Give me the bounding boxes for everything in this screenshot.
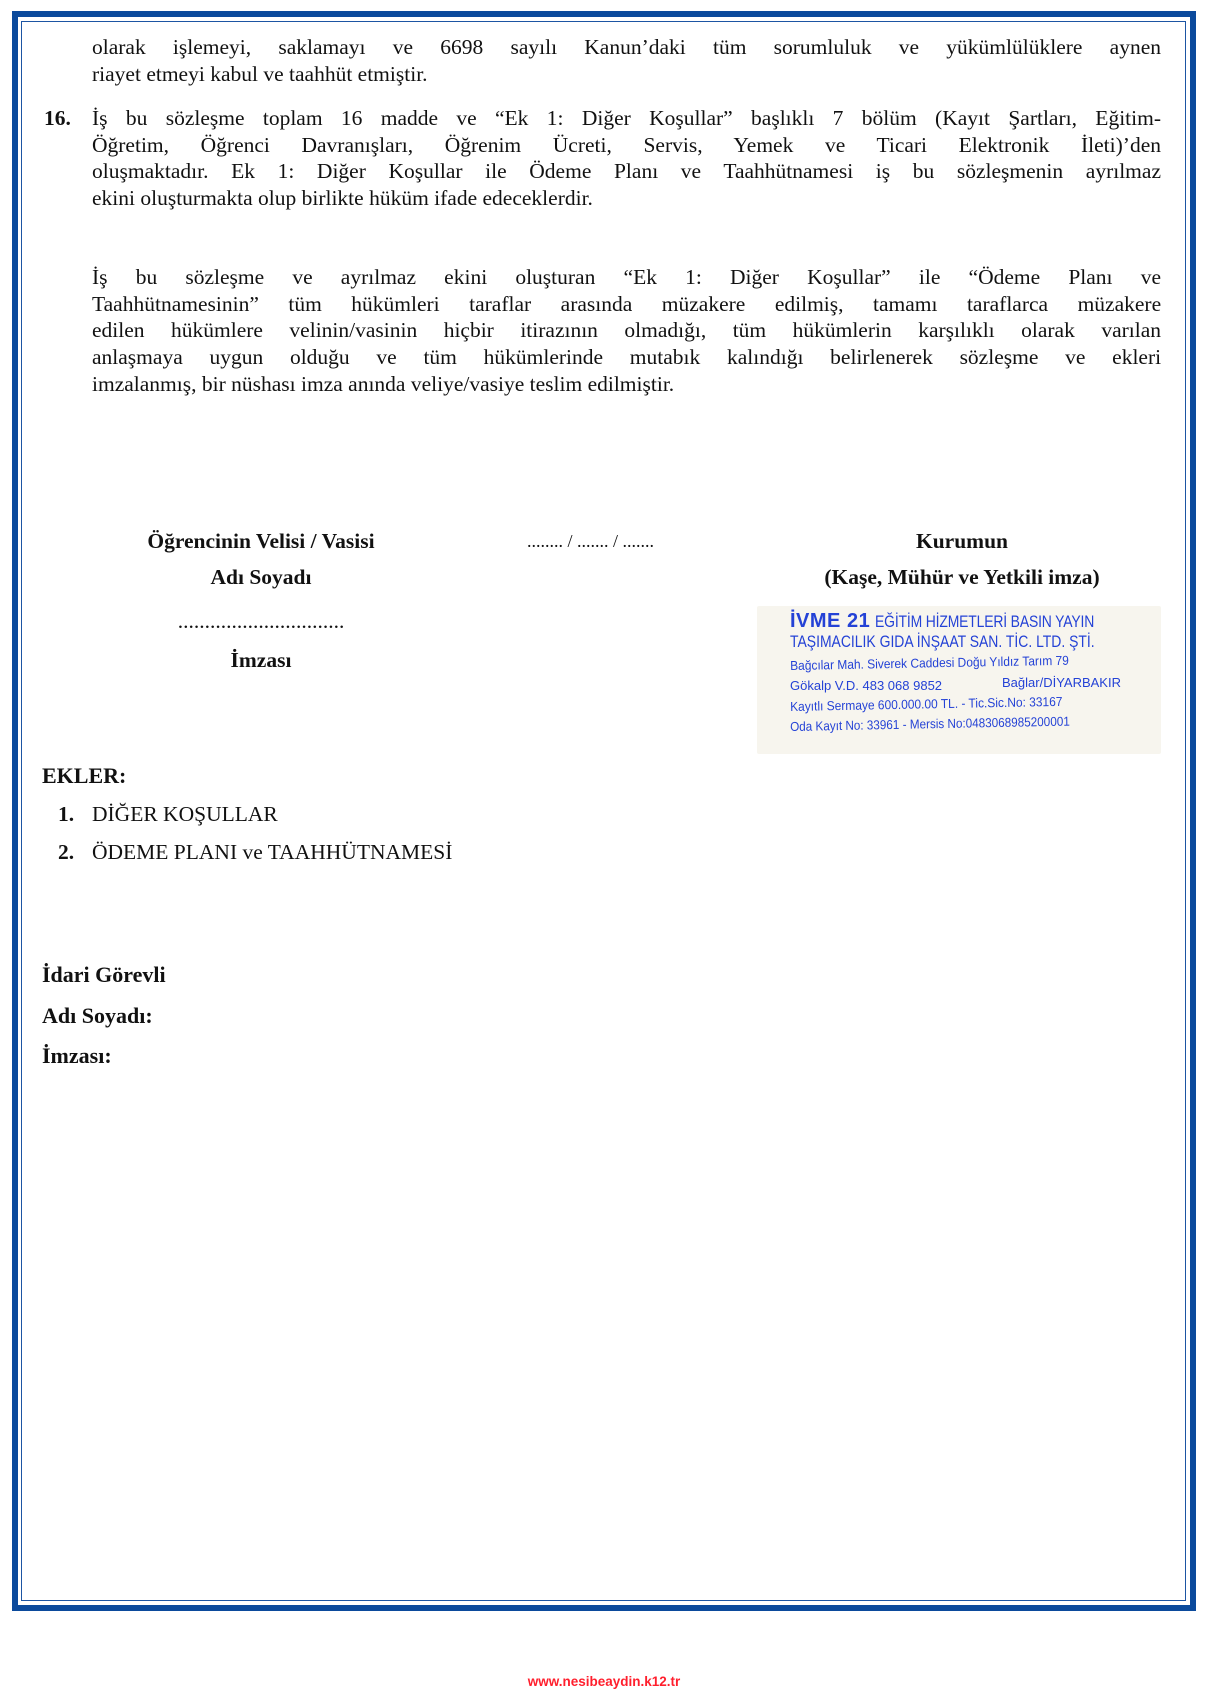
stamp-line-3: Bağcılar Mah. Siverek Caddesi Doğu Yıldı… bbox=[790, 653, 1069, 673]
stamp-line-6: Oda Kayıt No: 33961 - Mersis No:04830689… bbox=[790, 714, 1070, 734]
stamp-brand: İVME 21 bbox=[790, 610, 870, 632]
paragraph-line: olarak işlemeyi, saklamayı ve 6698 sayıl… bbox=[92, 34, 1161, 61]
admin-title: İdari Görevli bbox=[42, 962, 166, 989]
paragraph-line: riayet etmeyi kabul ve taahhüt etmiştir. bbox=[92, 61, 1161, 88]
paragraph-line: edilen hükümlere velinin/vasinin hiçbir … bbox=[92, 317, 1161, 344]
paragraph-line: Öğretim, Öğrenci Davranışları, Öğrenim Ü… bbox=[92, 132, 1161, 159]
admin-signature-label: İmzası: bbox=[42, 1043, 112, 1070]
closing-paragraph: İş bu sözleşme ve ayrılmaz ekini oluştur… bbox=[92, 264, 1161, 397]
stamp-line-1-text: EĞİTİM HİZMETLERİ BASIN YAYIN bbox=[875, 612, 1094, 632]
attachments-heading: EKLER: bbox=[42, 763, 126, 790]
parent-title: Öğrencinin Velisi / Vasisi bbox=[100, 528, 422, 555]
article-number: 16. bbox=[44, 105, 71, 132]
stamp-line-4-right: Bağlar/DİYARBAKIR bbox=[1002, 675, 1121, 690]
date-placeholder: ........ / ....... / ....... bbox=[527, 528, 654, 555]
paragraph-line: Taahhütnamesinin” tüm hükümleri taraflar… bbox=[92, 291, 1161, 318]
parent-name-label: Adı Soyadı bbox=[100, 564, 422, 591]
parent-signature-label: İmzası bbox=[100, 647, 422, 674]
institution-title: Kurumun bbox=[780, 528, 1144, 555]
paragraph-line: İş bu sözleşme toplam 16 madde ve “Ek 1:… bbox=[92, 105, 1161, 132]
attachment-item: ÖDEME PLANI ve TAAHHÜTNAMESİ bbox=[92, 839, 452, 866]
stamp-line-2: TAŞIMACILIK GIDA İNŞAAT SAN. TİC. LTD. Ş… bbox=[790, 632, 1095, 652]
stamp-line-5: Kayıtlı Sermaye 600.000.00 TL. - Tic.Sic… bbox=[790, 694, 1063, 714]
attachment-number: 2. bbox=[58, 839, 74, 866]
paragraph-line: İş bu sözleşme ve ayrılmaz ekini oluştur… bbox=[92, 264, 1161, 291]
stamp-line-1: İVME 21 EĞİTİM HİZMETLERİ BASIN YAYIN bbox=[790, 610, 1142, 633]
admin-name-label: Adı Soyadı: bbox=[42, 1003, 153, 1030]
attachment-number: 1. bbox=[58, 801, 74, 828]
stamp-line-4-left: Gökalp V.D. 483 068 9852 bbox=[790, 678, 942, 693]
parent-signature-line: ............................... bbox=[100, 608, 422, 635]
paragraph-line: oluşmaktadır. Ek 1: Diğer Koşullar ile Ö… bbox=[92, 158, 1161, 185]
company-stamp: İVME 21 EĞİTİM HİZMETLERİ BASIN YAYIN TA… bbox=[757, 606, 1161, 754]
paragraph-line: anlaşmaya uygun olduğu ve tüm hükümlerin… bbox=[92, 344, 1161, 371]
paragraph-line: imzalanmış, bir nüshası imza anında veli… bbox=[92, 371, 1161, 398]
article-16-paragraph: İş bu sözleşme toplam 16 madde ve “Ek 1:… bbox=[92, 105, 1161, 212]
paragraph-line: ekini oluşturmakta olup birlikte hüküm i… bbox=[92, 185, 1161, 212]
institution-subtitle: (Kaşe, Mühür ve Yetkili imza) bbox=[770, 564, 1154, 591]
footer-url[interactable]: www.nesibeaydin.k12.tr bbox=[0, 1674, 1208, 1689]
continued-paragraph: olarak işlemeyi, saklamayı ve 6698 sayıl… bbox=[92, 34, 1161, 87]
attachment-item: DİĞER KOŞULLAR bbox=[92, 801, 278, 828]
